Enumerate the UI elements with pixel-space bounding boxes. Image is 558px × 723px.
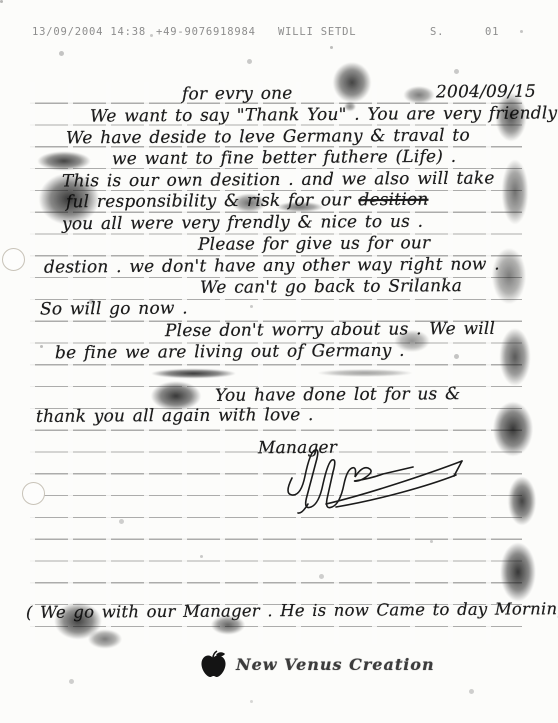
- toner-smudge: [503, 468, 541, 534]
- letter-line: You have done lot for us &: [215, 384, 461, 406]
- toner-smudge: [486, 238, 532, 314]
- toner-smudge: [142, 376, 210, 416]
- fax-number: +49-9076918984: [156, 26, 256, 38]
- struck-word: desition: [358, 190, 428, 210]
- letter-line: destion . we don't have any other way ri…: [44, 254, 500, 277]
- letter-line: We have deside to leve Germany & traval …: [66, 126, 470, 149]
- toner-smudge: [82, 626, 128, 652]
- toner-smudge: [300, 368, 430, 378]
- hole-punch: [2, 248, 25, 271]
- fax-sender: WILLI SETDL: [278, 26, 356, 38]
- toner-smudge: [497, 148, 533, 236]
- toner-smudge: [28, 164, 110, 234]
- toner-smudge: [205, 612, 251, 638]
- toner-smudge: [268, 200, 332, 214]
- apple-logo-icon: [200, 650, 227, 678]
- letter-line: This is our own desition . and we also w…: [62, 168, 495, 191]
- toner-smudge: [342, 100, 358, 113]
- letter-heading: for evry one: [182, 84, 293, 105]
- letter-line: We can't go back to Srilanka: [200, 276, 462, 298]
- fax-page-prefix: S.: [430, 26, 444, 38]
- brand-name: New Venus Creation: [236, 655, 435, 674]
- toner-smudge: [490, 84, 532, 150]
- letter-line: We want to say "Thank You" . You are ver…: [90, 103, 557, 126]
- letter-line: be fine we are living out of Germany .: [55, 341, 405, 363]
- fax-datetime: 13/09/2004 14:38: [32, 26, 146, 38]
- toner-smudge: [398, 83, 440, 107]
- toner-smudge: [486, 392, 540, 466]
- fax-page-number: 01: [485, 26, 499, 38]
- toner-smudge: [226, 190, 272, 216]
- toner-smudge: [494, 318, 536, 396]
- letter-line: So will go now .: [40, 298, 188, 319]
- signature: [278, 444, 468, 514]
- hole-punch: [22, 482, 45, 505]
- toner-smudge: [494, 532, 542, 612]
- fax-page: 13/09/2004 14:38 +49-9076918984 WILLI SE…: [0, 0, 558, 723]
- letter-line: Please for give us for our: [198, 233, 430, 255]
- letter-line: Plese don't worry about us . We will: [165, 319, 495, 341]
- toner-speckles: [0, 0, 3, 3]
- toner-smudge: [388, 326, 436, 356]
- letter-line: we want to fine better futhere (Life) .: [112, 147, 456, 169]
